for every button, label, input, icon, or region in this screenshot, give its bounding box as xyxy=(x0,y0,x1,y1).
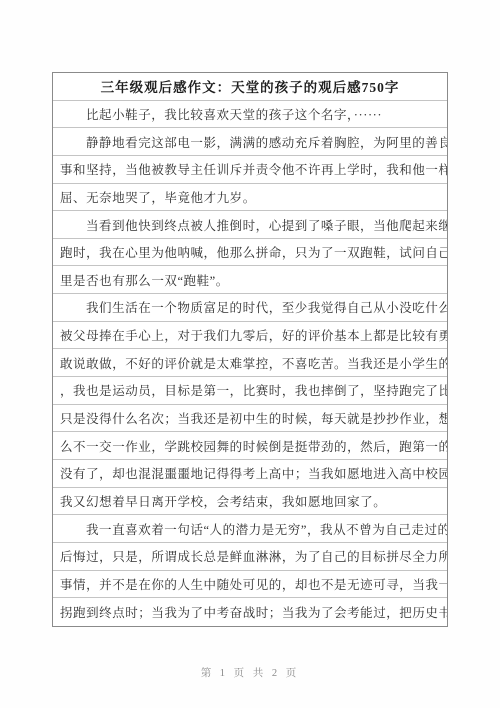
essay-text-row: 屈、无奈地哭了，毕竟他才九岁。 xyxy=(53,184,447,212)
page-number-footer: 第 1 页 共 2 页 xyxy=(0,665,500,680)
essay-text-row: 跑时，我在心里为他呐喊，他那么拼命，只为了一双跑鞋，试问自己，心 xyxy=(53,239,447,267)
essay-text-row: 里是否也有那么一双“跑鞋”。 xyxy=(53,266,447,294)
essay-text-row: 我一直喜欢着一句话“人的潜力是无穷”，我从不曾为自己走过的路 xyxy=(53,515,447,543)
essay-text-row: 我们生活在一个物质富足的时代，至少我觉得自己从小没吃什么苦， xyxy=(53,294,447,322)
essay-text-row: 静静地看完这部电一影，满满的感动充斥着胸腔，为阿里的善良、懂 xyxy=(53,128,447,156)
essay-text-row: ，我也是运动员，目标是第一，比赛时，我也摔倒了，坚持跑完了比赛， xyxy=(53,377,447,405)
essay-text-row: 后悔过，只是，所谓成长总是鲜血淋淋，为了自己的目标拼尽全力所作的 xyxy=(53,543,447,571)
essay-text-row: 事情，并不是在你的人生中随处可见的，却也不是无迹可寻，当我一瘸一 xyxy=(53,571,447,599)
essay-text-row: 比起小鞋子，我比较喜欢天堂的孩子这个名字，······ xyxy=(53,101,447,129)
essay-text-row: 我又幻想着早日离开学校，会考结束，我如愿地回家了。 xyxy=(53,488,447,516)
essay-text-row: 只是没得什么名次；当我还是初中生的时候，每天就是抄抄作业，想着怎 xyxy=(53,405,447,433)
document-page: { "document": { "title": "三年级观后感作文：天堂的孩子… xyxy=(0,0,500,708)
essay-text-row: 敢说敢做，不好的评价就是太难掌控，不喜吃苦。当我还是小学生的时候 xyxy=(53,349,447,377)
essay-text-row: 被父母捧在手心上，对于我们九零后，好的评价基本上都是比较有勇气， xyxy=(53,322,447,350)
essay-text-row: 拐跑到终点时；当我为了中考奋战时；当我为了会考能过，把历史书背的 xyxy=(53,598,447,626)
essay-text-row: 么不一交一作业，学跳校园舞的时候倒是挺带劲的，然后，跑第一的目标 xyxy=(53,432,447,460)
essay-table: 三年级观后感作文：天堂的孩子的观后感750字比起小鞋子，我比较喜欢天堂的孩子这个… xyxy=(52,72,448,627)
essay-text-row: 当看到他快到终点被人推倒时，心提到了嗓子眼，当他爬起来继续奔 xyxy=(53,211,447,239)
essay-title-row: 三年级观后感作文：天堂的孩子的观后感750字 xyxy=(53,73,447,101)
essay-text-row: 没有了，却也混混噩噩地记得得考上高中；当我如愿地进入高中校园时， xyxy=(53,460,447,488)
essay-text-row: 事和坚持，当他被教导主任训斥并责令他不许再上学时，我和他一样，委 xyxy=(53,156,447,184)
